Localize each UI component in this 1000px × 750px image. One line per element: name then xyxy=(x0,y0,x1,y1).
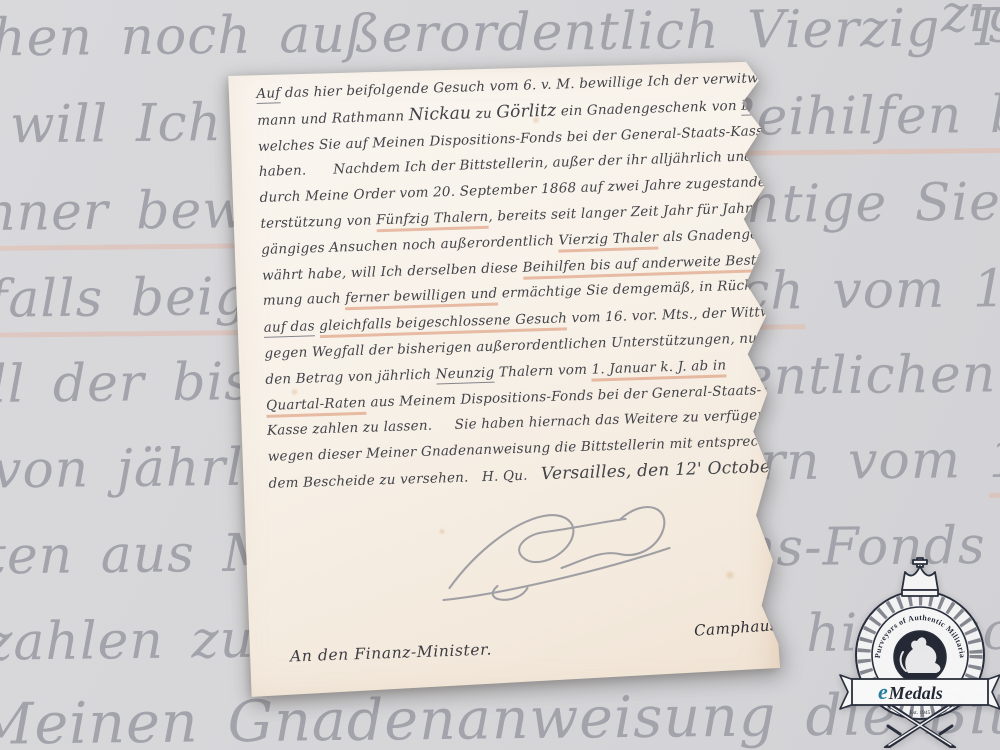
paper-stain xyxy=(290,388,299,396)
svg-text:eMedals: eMedals xyxy=(878,679,943,704)
brand-est: Est. 1945 xyxy=(910,710,931,716)
document-photo: Auf das hier beifolgende Gesuch vom 6. v… xyxy=(226,58,784,702)
paper-stain xyxy=(531,116,541,124)
background-text-line: zig xyxy=(941,0,1000,44)
royal-signature xyxy=(431,494,696,614)
brand-rest: Medals xyxy=(888,683,943,703)
emedals-watermark: Purveyors of Authentic Militaria eMedals… xyxy=(836,556,1000,748)
letter-paper: Auf das hier beifolgende Gesuch vom 6. v… xyxy=(226,58,784,702)
crown-icon xyxy=(902,558,938,596)
lion-icon xyxy=(894,631,946,683)
page: { "background": { "ink_color": "#a2a3ab"… xyxy=(0,0,1000,750)
brand-letter-e: e xyxy=(878,679,888,704)
paper-stain xyxy=(724,570,736,580)
brand-banner: eMedals Est. 1945 xyxy=(840,675,1000,716)
letter-body: Auf das hier beifolgende Gesuch vom 6. v… xyxy=(256,66,771,497)
address-line: An den Finanz-Minister. xyxy=(290,640,493,665)
paper-stain xyxy=(438,528,446,535)
